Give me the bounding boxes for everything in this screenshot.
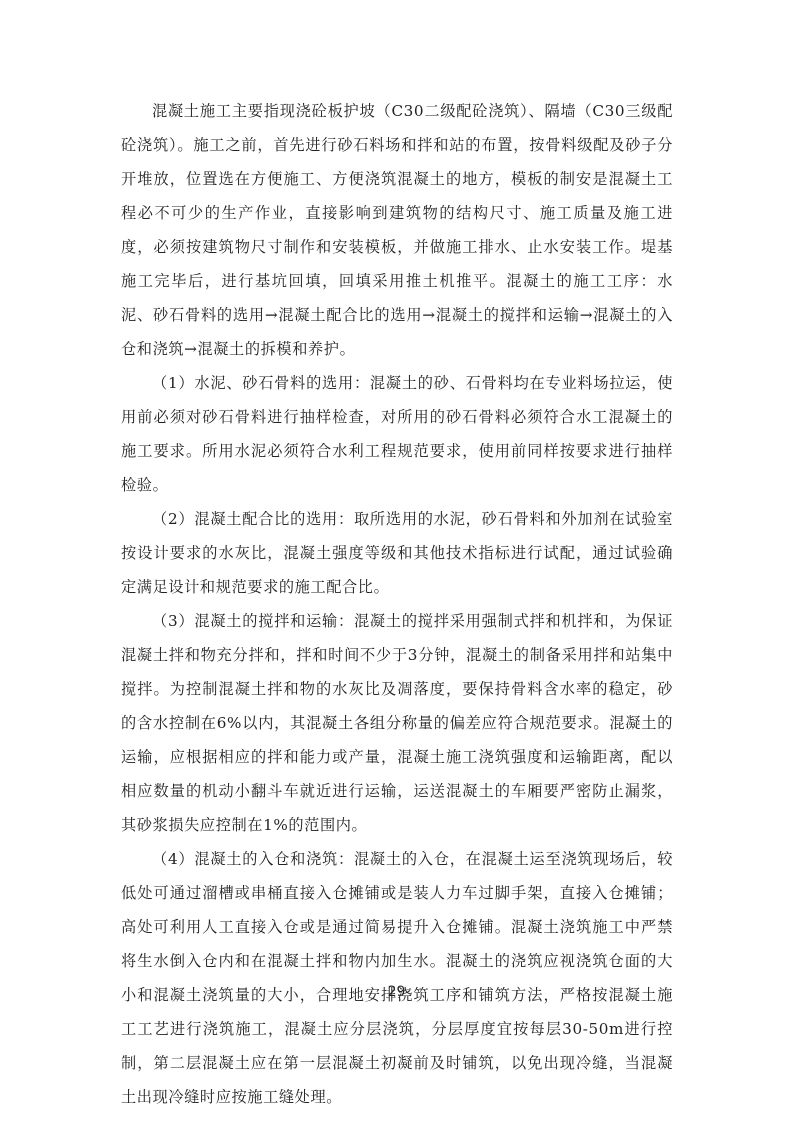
body-text: 混凝土施工主要指现浇砼板护坡（C30二级配砼浇筑）、隔墙（C30三级配砼浇筑）。… <box>121 94 673 1114</box>
page-number: 29 <box>0 984 793 1000</box>
document-page: 混凝土施工主要指现浇砼板护坡（C30二级配砼浇筑）、隔墙（C30三级配砼浇筑）。… <box>0 0 793 1122</box>
paragraph-intro: 混凝土施工主要指现浇砼板护坡（C30二级配砼浇筑）、隔墙（C30三级配砼浇筑）。… <box>121 94 673 366</box>
paragraph-placing-pouring: （4）混凝土的入仓和浇筑：混凝土的入仓，在混凝土运至浇筑现场后，较低处可通过溜槽… <box>121 842 673 1114</box>
paragraph-mix-proportion: （2）混凝土配合比的选用：取所选用的水泥，砂石骨料和外加剂在试验室按设计要求的水… <box>121 502 673 604</box>
paragraph-aggregate-selection: （1）水泥、砂石骨料的选用：混凝土的砂、石骨料均在专业料场拉运，使用前必须对砂石… <box>121 366 673 502</box>
paragraph-mixing-transport: （3）混凝土的搅拌和运输：混凝土的搅拌采用强制式拌和机拌和，为保证混凝土拌和物充… <box>121 604 673 842</box>
